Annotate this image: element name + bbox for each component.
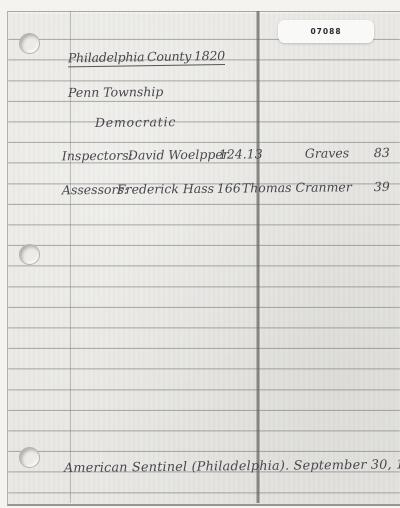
page-title: Philadelphia County 1820 [68,48,225,67]
catalog-number: 07088 [310,27,341,36]
catalog-sticker: 07088 [278,20,374,43]
candidate-2-name: Thomas Cranmer [242,179,352,195]
candidate-2-votes: 39 [374,179,390,194]
candidate-1-name: David Woelpper [128,147,229,163]
township-heading: Penn Township [68,84,164,100]
candidate-1-name: Frederick Hass [117,181,214,197]
candidate-2-votes: 83 [374,145,390,160]
candidate-2-name: Graves [305,145,349,160]
punch-hole-top [19,33,40,54]
paper-fold-line [256,11,260,503]
punch-hole-bottom [19,447,40,468]
office-label: Inspectors: [62,148,133,164]
candidate-1-votes: 124.13 [219,146,263,161]
party-heading: Democratic [95,114,176,130]
page-title-text: Philadelphia County 1820 [68,48,225,67]
punch-hole-middle [19,244,40,265]
candidate-1-votes: 166 [217,180,241,195]
scanned-document-page: 07088 Philadelphia County 1820 Penn Town… [0,0,400,508]
ruled-paper-sheet [7,11,400,506]
